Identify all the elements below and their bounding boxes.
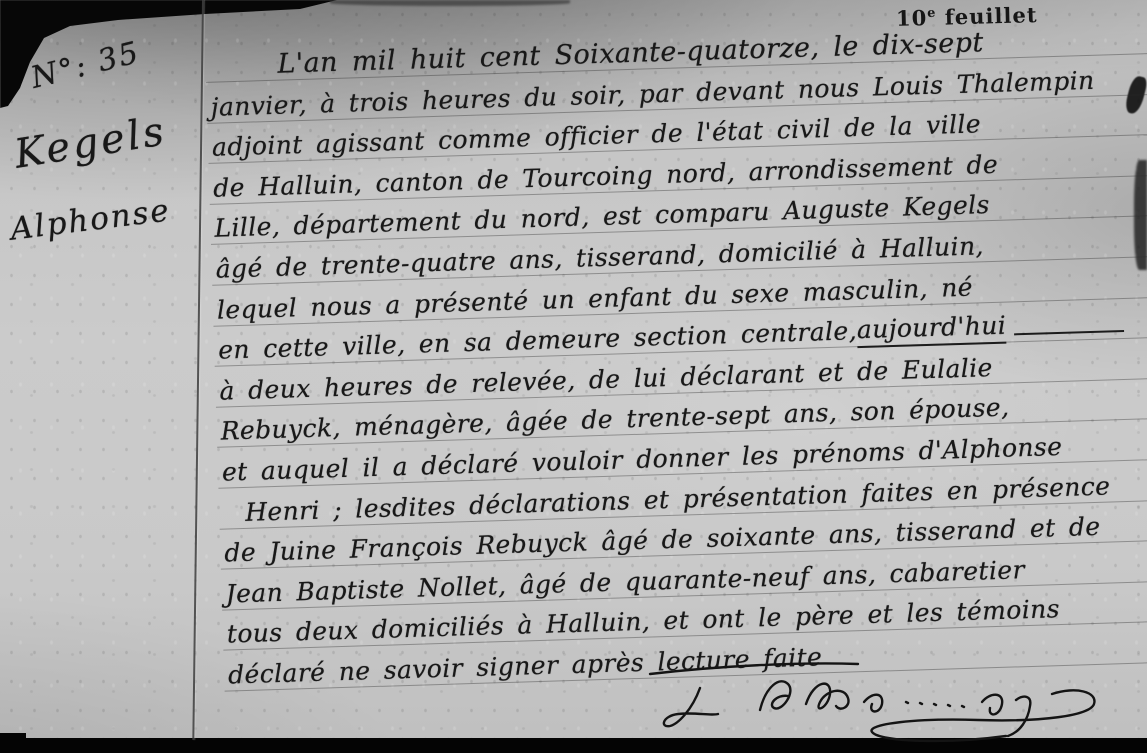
ink-tail-stroke	[1014, 330, 1124, 335]
margin-column-rule	[192, 0, 204, 740]
scan-artifact-top-smear	[330, 0, 570, 6]
margin-surname: Kegels	[11, 108, 169, 177]
officiant-signature	[648, 652, 1118, 748]
scanned-register-page: 10e feuillet N°: 35 Kegels Alphonse L'an…	[0, 0, 1147, 753]
margin-act-number: N°: 35	[27, 35, 143, 96]
act-body: L'an mil huit cent Soixante-quatorze, le…	[204, 0, 1147, 739]
signature-ink	[648, 652, 1118, 748]
margin-given-name: Alphonse	[8, 192, 172, 247]
